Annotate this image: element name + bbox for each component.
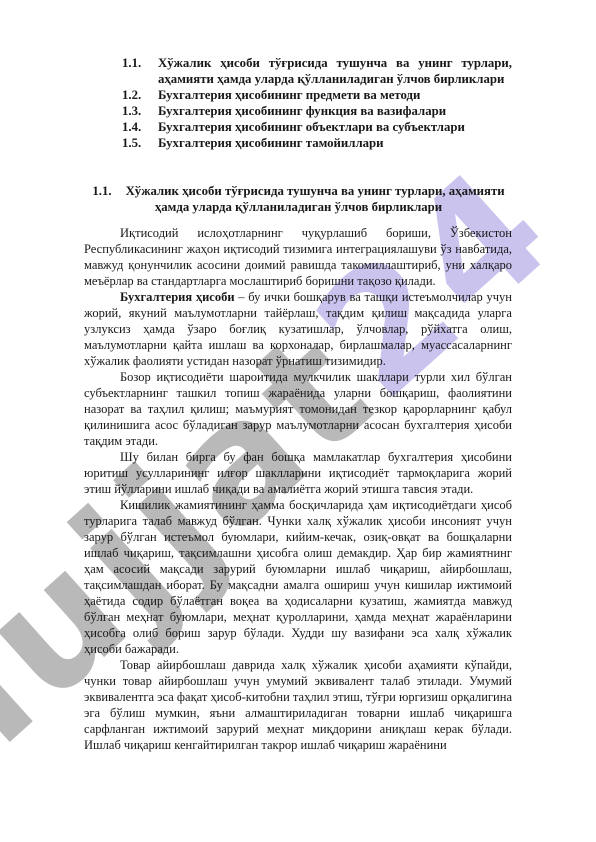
section-heading-text: Хўжалик ҳисоби тўғрисида тушунча ва унин… (126, 184, 505, 214)
toc-item-number: 1.4. (122, 119, 158, 135)
toc-item-1-3: 1.3. Бухгалтерия ҳисобининг функция ва в… (122, 103, 512, 119)
toc-item-label: Бухгалтерия ҳисобининг предмети ва метод… (158, 87, 512, 103)
toc-item-label: Хўжалик ҳисоби тўғрисида тушунча ва унин… (158, 55, 512, 87)
toc-item-label: Бухгалтерия ҳисобининг тамойиллари (158, 135, 512, 151)
page-content: 1.1. Хўжалик ҳисоби тўғрисида тушунча ва… (0, 0, 596, 753)
toc-item-1-2: 1.2. Бухгалтерия ҳисобининг предмети ва … (122, 87, 512, 103)
body-text: Иқтисодий ислоҳотларнинг чуқурлашиб бори… (0, 225, 596, 753)
toc-item-1-4: 1.4. Бухгалтерия ҳисобининг объектлари в… (122, 119, 512, 135)
section-heading: 1.1.Хўжалик ҳисоби тўғрисида тушунча ва … (85, 183, 512, 215)
paragraph-science-methods: Шу билан бирга бу фан бошқа мамлакатлар … (84, 449, 512, 497)
paragraph-intro: Иқтисодий ислоҳотларнинг чуқурлашиб бори… (84, 225, 512, 289)
topic-outline-list: 1.1. Хўжалик ҳисоби тўғрисида тушунча ва… (122, 0, 512, 151)
toc-item-number: 1.2. (122, 87, 158, 103)
toc-item-number: 1.3. (122, 103, 158, 119)
section-heading-number: 1.1. (92, 184, 111, 198)
toc-item-number: 1.5. (122, 135, 158, 151)
term-bold: Бухгалтерия ҳисоби (120, 290, 235, 304)
toc-item-label: Бухгалтерия ҳисобининг объектлари ва суб… (158, 119, 512, 135)
paragraph-barter-period: Товар айирбошлаш даврида халқ хўжалик ҳи… (84, 657, 512, 753)
paragraph-market-economy: Бозор иқтисодиёти шароитида мулкчилик ша… (84, 369, 512, 449)
toc-item-number: 1.1. (122, 55, 158, 87)
paragraph-definition: Бухгалтерия ҳисоби – бу ички бошқарув ва… (84, 289, 512, 369)
toc-item-1-1: 1.1. Хўжалик ҳисоби тўғрисида тушунча ва… (122, 55, 512, 87)
document-page: Hujjat24 1.1. Хўжалик ҳисоби тўғрисида т… (0, 0, 596, 842)
toc-item-1-5: 1.5. Бухгалтерия ҳисобининг тамойиллари (122, 135, 512, 151)
paragraph-society-stages: Кишилик жамиятининг ҳамма босқичларида ҳ… (84, 497, 512, 657)
toc-item-label: Бухгалтерия ҳисобининг функция ва вазифа… (158, 103, 512, 119)
